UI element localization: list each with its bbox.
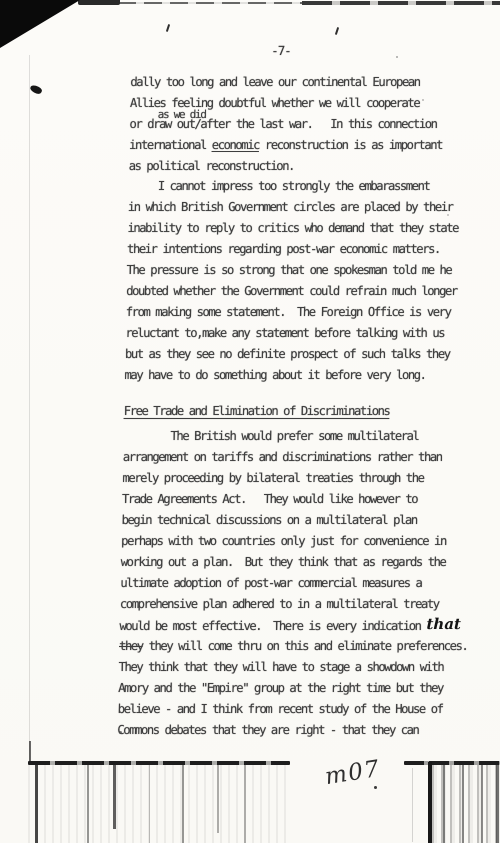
text-segment: their intentions regarding post-war econ… xyxy=(127,242,440,256)
text-line: They think that they will have to stage … xyxy=(118,657,467,678)
bottom-tick-artifact xyxy=(29,741,31,762)
text-line: ultimate adoption of post-war commercial… xyxy=(120,573,469,594)
streak-artifact xyxy=(244,765,246,843)
section-heading: Free Trade and Elimination of Discrimina… xyxy=(124,404,390,418)
text-segment: The British would prefer some multilater… xyxy=(123,429,418,443)
streak-artifact xyxy=(462,765,464,843)
text-segment: working out a plan. But they think that … xyxy=(121,555,446,569)
text-segment: reconstruction is as important xyxy=(259,138,442,152)
text-line: international economic reconstruction is… xyxy=(129,135,442,156)
text-segment: as political reconstruction. xyxy=(129,159,295,173)
streak-artifact xyxy=(113,765,116,829)
text-segment: merely proceeding by bilateral treaties … xyxy=(122,471,423,485)
text-line: Commons debates that they are right - th… xyxy=(117,720,466,741)
streak-artifact xyxy=(149,765,150,843)
text-line: as we didor draw out/after the last war.… xyxy=(129,114,442,135)
text-segment: Amory and the "Empire" group at the righ… xyxy=(118,681,443,695)
typewritten-text: -7- dally too long and leave our contine… xyxy=(0,0,500,843)
text-segment: perhaps with two countries only just for… xyxy=(121,534,446,548)
text-line: they they will come thru on this and eli… xyxy=(119,636,468,657)
top-edge-line-artifact xyxy=(118,2,302,4)
text-line: inability to reply to critics who demand… xyxy=(127,218,458,239)
text-line: their intentions regarding post-war econ… xyxy=(127,239,458,260)
document-page: -7- dally too long and leave our contine… xyxy=(0,0,500,843)
text-segment: ultimate adoption of post-war commercial… xyxy=(120,576,421,590)
text-segment: arrangement on tariffs and discriminatio… xyxy=(123,450,442,464)
text-line: The British would prefer some multilater… xyxy=(123,426,472,447)
streak-artifact xyxy=(443,765,445,843)
speck-artifact xyxy=(422,99,424,101)
text-segment: inability to reply to critics who demand… xyxy=(127,221,458,235)
paragraph-free-trade: The British would prefer some multilater… xyxy=(117,426,472,741)
speck-artifact xyxy=(447,214,449,216)
typed-insertion-above: as we did xyxy=(157,104,205,125)
text-segment: Commons debates that they are right - th… xyxy=(117,723,418,737)
streak-artifact xyxy=(481,765,483,843)
text-segment: The pressure is so strong that one spoke… xyxy=(126,263,451,277)
text-line: working out a plan. But they think that … xyxy=(120,552,469,573)
text-segment: dally too long and leave our continental… xyxy=(130,75,420,89)
text-segment: they will come thru on this and eliminat… xyxy=(143,639,468,653)
text-line: would be most effective. There is every … xyxy=(119,615,468,636)
text-line: Amory and the "Empire" group at the righ… xyxy=(118,678,467,699)
bottom-left-noise-artifact xyxy=(28,765,290,843)
text-line: I cannot impress too strongly the embara… xyxy=(128,176,459,197)
text-segment: comprehensive plan adhered to in a multi… xyxy=(120,597,439,611)
text-line: comprehensive plan adhered to in a multi… xyxy=(120,594,469,615)
top-edge-line-right-artifact xyxy=(302,1,500,5)
text-line: believe - and I think from recent study … xyxy=(118,699,467,720)
text-segment: believe - and I think from recent study … xyxy=(118,702,443,716)
speck-artifact xyxy=(119,731,122,734)
speck-artifact xyxy=(396,56,398,58)
underlined-word: economic xyxy=(212,138,260,152)
text-line: but as they see no definite prospect of … xyxy=(125,344,456,365)
text-line: begin technical discussions on a multila… xyxy=(121,510,470,531)
text-line: as political reconstruction. xyxy=(128,156,441,177)
top-edge-blotch-artifact xyxy=(78,0,120,5)
text-segment: in which British Government circles are … xyxy=(128,200,453,214)
streak-artifact xyxy=(35,765,38,843)
text-segment: may have to do something about it before… xyxy=(124,368,425,382)
scanned-document-screenshot: { "page": { "number": "-7-", "stamp": "m… xyxy=(0,0,500,843)
text-segment: reluctant to,make any statement before t… xyxy=(125,326,444,340)
paragraph-embarrassment: I cannot impress too strongly the embara… xyxy=(124,176,459,386)
text-line: perhaps with two countries only just for… xyxy=(121,531,470,552)
speck-artifact xyxy=(374,786,377,789)
text-segment: I cannot impress too strongly the embara… xyxy=(128,179,429,193)
streak-artifact xyxy=(217,765,219,833)
text-line: doubted whether the Government could ref… xyxy=(126,281,457,302)
text-line: dally too long and leave our continental… xyxy=(130,72,443,93)
text-line: reluctant to,make any statement before t… xyxy=(125,323,456,344)
text-line: merely proceeding by bilateral treaties … xyxy=(122,468,471,489)
text-segment: They think that they will have to stage … xyxy=(118,660,443,674)
text-segment: doubted whether the Government could ref… xyxy=(126,284,457,298)
text-line: in which British Government circles are … xyxy=(128,197,459,218)
text-segment: but as they see no definite prospect of … xyxy=(125,347,450,361)
text-line: arrangement on tariffs and discriminatio… xyxy=(123,447,472,468)
streak-artifact xyxy=(496,765,499,843)
faint-streak-artifact xyxy=(412,768,413,842)
text-segment: international xyxy=(129,138,212,152)
struck-word: they xyxy=(119,639,143,653)
streak-artifact xyxy=(182,765,184,843)
text-line: may have to do something about it before… xyxy=(124,365,455,386)
text-segment: Trade Agreements Act. They would like ho… xyxy=(122,492,417,506)
fold-crease-artifact xyxy=(29,55,30,763)
text-segment: from making some statement. The Foreign … xyxy=(126,305,451,319)
page-number: -7- xyxy=(131,43,431,58)
streak-artifact xyxy=(87,765,89,843)
paragraph-continuation: dally too long and leave our continental… xyxy=(128,72,443,177)
text-line: Trade Agreements Act. They would like ho… xyxy=(122,489,471,510)
text-line: from making some statement. The Foreign … xyxy=(126,302,457,323)
text-line: The pressure is so strong that one spoke… xyxy=(126,260,457,281)
text-segment: would be most effective. There is every … xyxy=(119,619,426,633)
handwritten-word: that xyxy=(426,615,461,633)
text-segment: begin technical discussions on a multila… xyxy=(121,513,416,527)
